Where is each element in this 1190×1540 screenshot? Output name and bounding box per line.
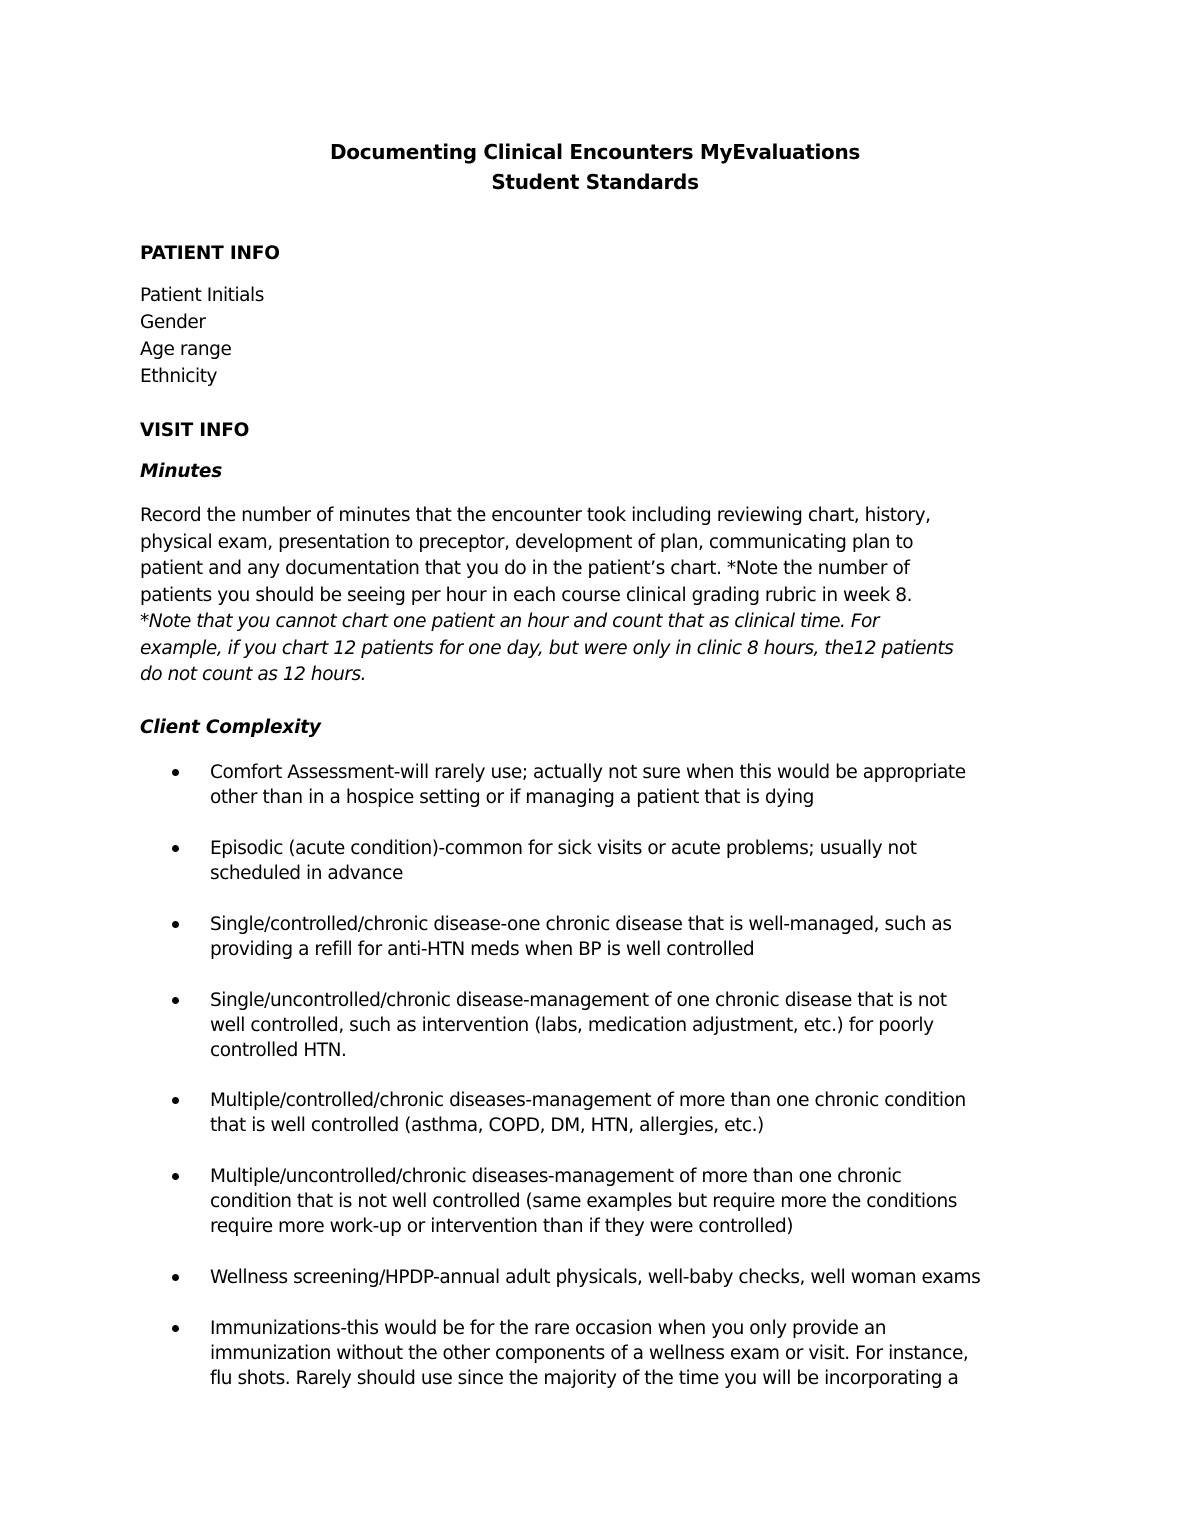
- minutes-paragraph: Record the number of minutes that the en…: [140, 503, 953, 689]
- minutes-note-line: example, if you chart 12 patients for on…: [140, 636, 953, 663]
- patient-info-heading: PATIENT INFO: [140, 243, 280, 264]
- bullet-icon: [172, 1325, 179, 1332]
- minutes-note-line: do not count as 12 hours.: [140, 662, 953, 689]
- complexity-item-text: Immunizations-this would be for the rare…: [210, 1316, 968, 1391]
- bullet-icon: [172, 1097, 179, 1104]
- complexity-item-text: Multiple/uncontrolled/chronic diseases-m…: [210, 1164, 957, 1239]
- visit-info-heading: VISIT INFO: [140, 420, 249, 441]
- complexity-item-text: Wellness screening/HPDP-annual adult phy…: [210, 1265, 980, 1290]
- complexity-item-text: Comfort Assessment-will rarely use; actu…: [210, 760, 966, 810]
- complexity-item-text: Multiple/controlled/chronic diseases-man…: [210, 1088, 966, 1138]
- bullet-icon: [172, 769, 179, 776]
- bullet-icon: [172, 997, 179, 1004]
- complexity-item-text: Single/controlled/chronic disease-one ch…: [210, 912, 952, 962]
- minutes-line: Record the number of minutes that the en…: [140, 503, 953, 530]
- patient-field: Age range: [140, 337, 231, 363]
- patient-field: Gender: [140, 310, 205, 336]
- document-page: Documenting Clinical Encounters MyEvalua…: [0, 0, 1190, 1540]
- bullet-icon: [172, 845, 179, 852]
- client-complexity-heading: Client Complexity: [140, 717, 321, 738]
- minutes-note-line: *Note that you cannot chart one patient …: [140, 609, 953, 636]
- complexity-item-text: Single/uncontrolled/chronic disease-mana…: [210, 988, 947, 1063]
- patient-field: Ethnicity: [140, 364, 217, 390]
- minutes-heading: Minutes: [140, 461, 222, 482]
- bullet-icon: [172, 921, 179, 928]
- patient-field: Patient Initials: [140, 283, 264, 309]
- document-title: Documenting Clinical Encounters MyEvalua…: [0, 140, 1190, 164]
- bullet-icon: [172, 1173, 179, 1180]
- minutes-line: patients you should be seeing per hour i…: [140, 583, 953, 610]
- bullet-icon: [172, 1274, 179, 1281]
- document-subtitle: Student Standards: [0, 170, 1190, 194]
- complexity-item-text: Episodic (acute condition)-common for si…: [210, 836, 917, 886]
- minutes-line: patient and any documentation that you d…: [140, 556, 953, 583]
- minutes-line: physical exam, presentation to preceptor…: [140, 530, 953, 557]
